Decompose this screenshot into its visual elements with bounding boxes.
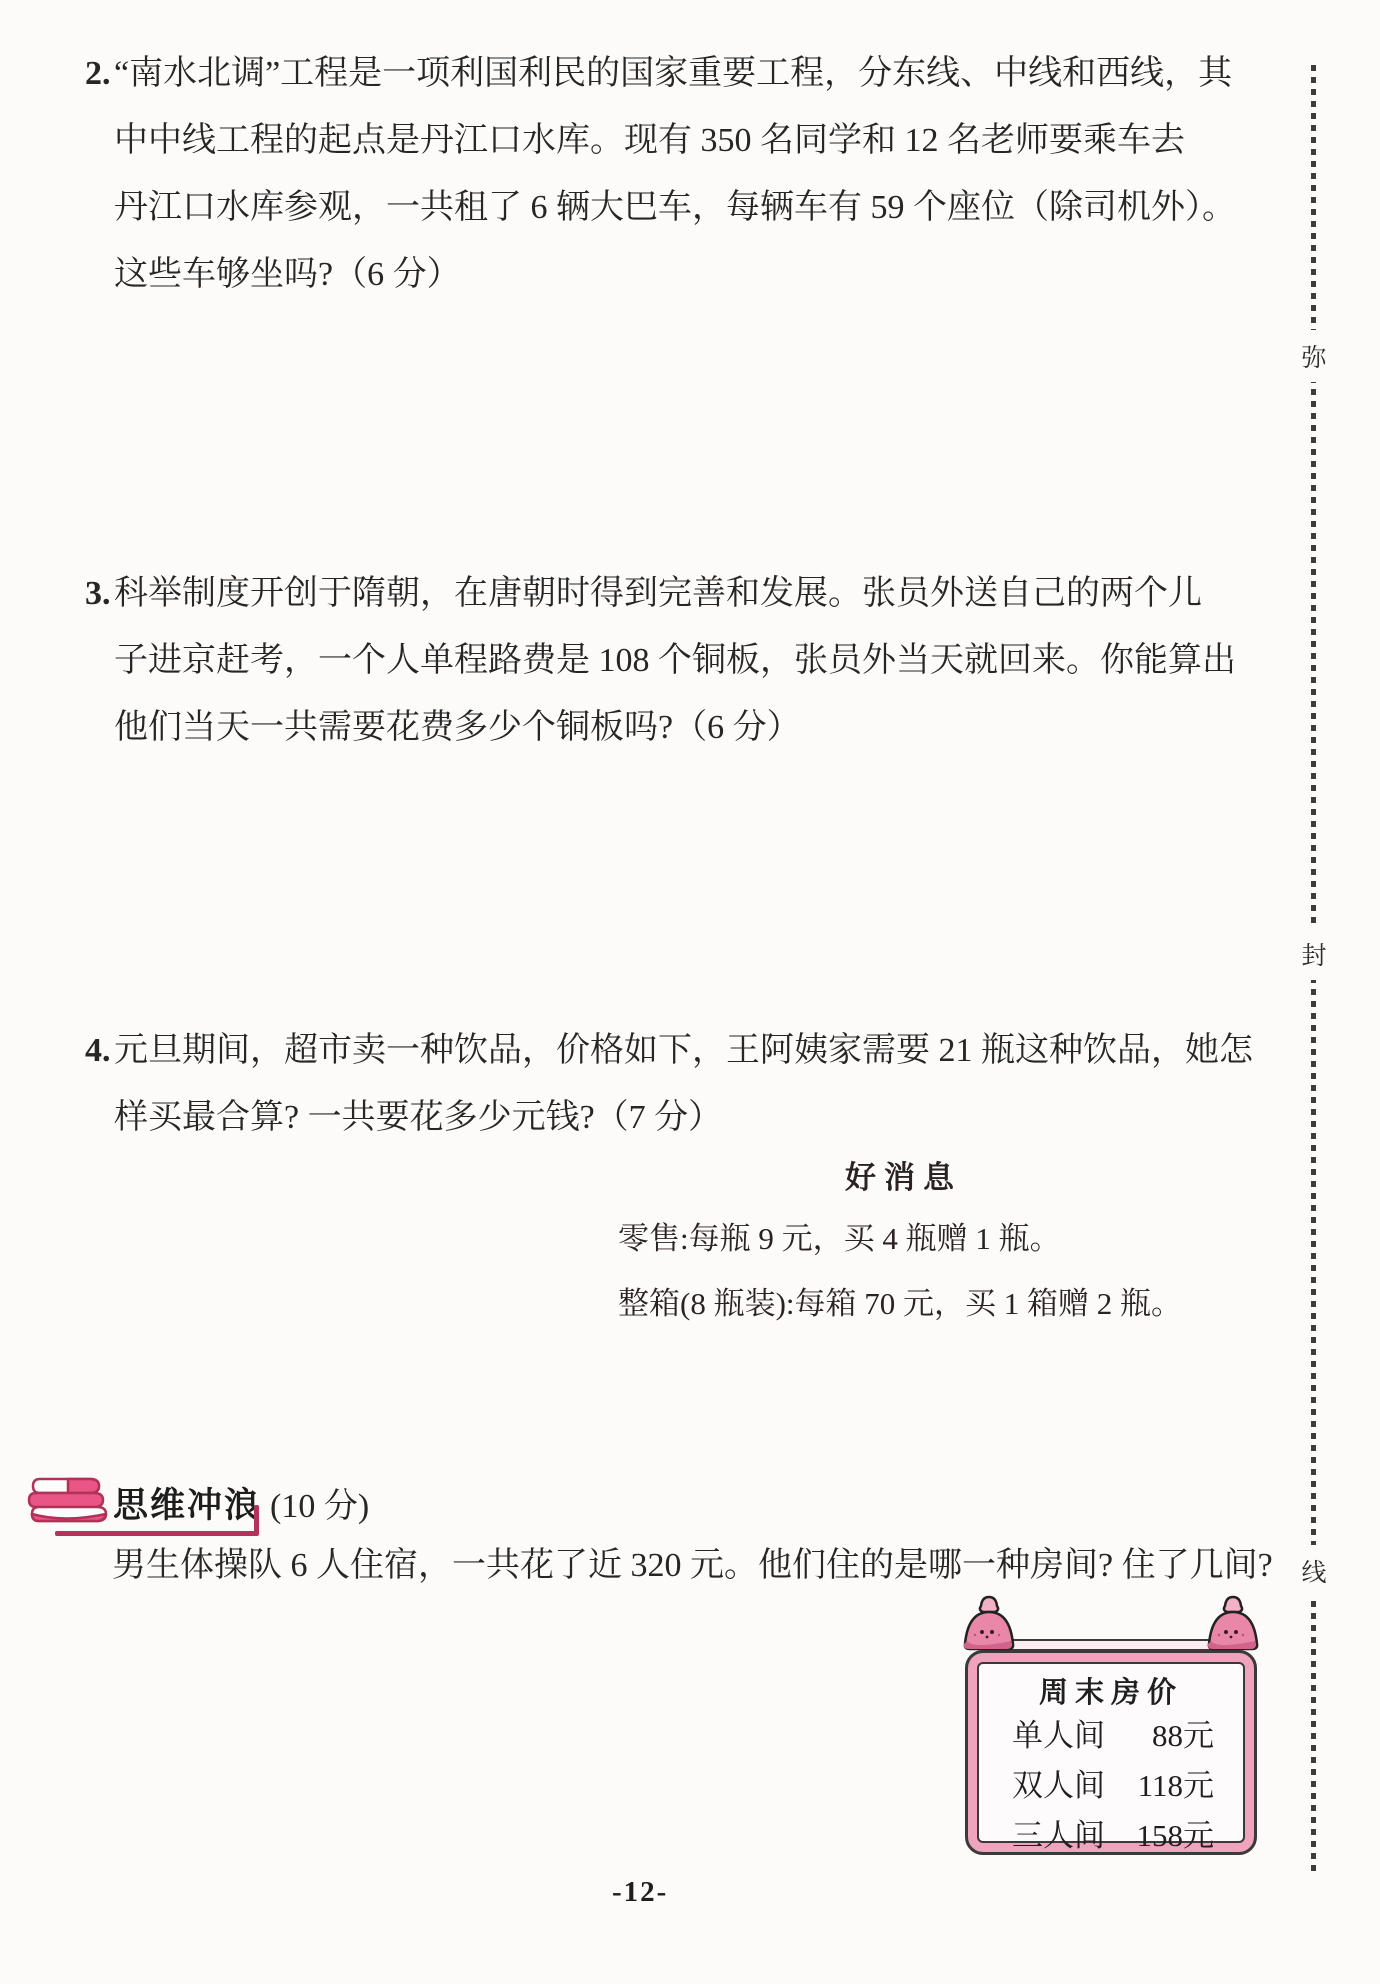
room-type-label: 单人间 bbox=[1012, 1711, 1105, 1761]
board-title: 周末房价 bbox=[982, 1670, 1240, 1711]
brainstorm-score: (10 分) bbox=[270, 1478, 369, 1527]
question-line: 这些车够坐吗?（6 分） bbox=[114, 241, 1236, 308]
price-board: 周末房价 单人间 88元 双人间 118元 三人间 158元 bbox=[965, 1595, 1261, 1861]
question-line: “南水北调”工程是一项利国利民的国家重要工程，分东线、中线和西线，其 bbox=[114, 40, 1236, 107]
question-4: 4. 元旦期间，超市卖一种饮品，价格如下，王阿姨家需要 21 瓶这种饮品，她怎 … bbox=[85, 1017, 1253, 1151]
question-line: 样买最合算? 一共要花多少元钱?（7 分） bbox=[114, 1084, 1253, 1151]
books-icon bbox=[26, 1473, 112, 1533]
pin-character-icon bbox=[1205, 1594, 1261, 1656]
seal-char-feng: 封 bbox=[1300, 928, 1328, 980]
promo-title: 好消息 bbox=[845, 1152, 962, 1197]
question-3: 3. 科举制度开创于隋朝，在唐朝时得到完善和发展。张员外送自己的两个儿 子进京赶… bbox=[85, 560, 1236, 761]
question-line: 子进京赶考，一个人单程路费是 108 个铜板，张员外当天就回来。你能算出 bbox=[114, 627, 1236, 694]
question-line: 科举制度开创于隋朝，在唐朝时得到完善和发展。张员外送自己的两个儿 bbox=[114, 560, 1236, 627]
question-line: 丹江口水库参观，一共租了 6 辆大巴车，每辆车有 59 个座位（除司机外）。 bbox=[114, 174, 1236, 241]
seal-char-mi: 弥 bbox=[1300, 330, 1328, 382]
brainstorm-underline-riser bbox=[254, 1505, 259, 1536]
seal-char-xian: 线 bbox=[1300, 1545, 1328, 1597]
brainstorm-question: 男生体操队 6 人住宿，一共花了近 320 元。他们住的是哪一种房间? 住了几间… bbox=[112, 1537, 1273, 1586]
board-frame: 周末房价 单人间 88元 双人间 118元 三人间 158元 bbox=[965, 1650, 1257, 1855]
question-line: 元旦期间，超市卖一种饮品，价格如下，王阿姨家需要 21 瓶这种饮品，她怎 bbox=[114, 1017, 1253, 1084]
question-line: 他们当天一共需要花费多少个铜板吗?（6 分） bbox=[114, 694, 1236, 761]
page-number: -12- bbox=[612, 1876, 668, 1909]
table-row: 单人间 88元 bbox=[982, 1711, 1240, 1761]
question-number: 4. bbox=[85, 1017, 111, 1084]
brainstorm-title: 思维冲浪 bbox=[113, 1478, 261, 1528]
question-2: 2. “南水北调”工程是一项利国利民的国家重要工程，分东线、中线和西线，其 中中… bbox=[85, 40, 1236, 308]
room-type-label: 双人间 bbox=[1012, 1761, 1105, 1811]
promo-line-case: 整箱(8 瓶装):每箱 70 元，买 1 箱赠 2 瓶。 bbox=[618, 1278, 1182, 1323]
room-type-label: 三人间 bbox=[1012, 1811, 1105, 1861]
room-price: 118元 bbox=[1138, 1761, 1214, 1811]
pin-character-icon bbox=[961, 1594, 1017, 1656]
promo-line-retail: 零售:每瓶 9 元，买 4 瓶赠 1 瓶。 bbox=[618, 1213, 1061, 1258]
question-number: 3. bbox=[85, 560, 111, 627]
table-row: 双人间 118元 bbox=[982, 1761, 1240, 1811]
room-price: 88元 bbox=[1152, 1711, 1214, 1761]
room-price: 158元 bbox=[1137, 1811, 1215, 1861]
question-number: 2. bbox=[85, 40, 111, 107]
brainstorm-underline bbox=[55, 1531, 258, 1536]
question-line: 中中线工程的起点是丹江口水库。现有 350 名同学和 12 名老师要乘车去 bbox=[114, 107, 1236, 174]
worksheet-page: { "questions": [ { "number": "2.", "line… bbox=[0, 0, 1380, 1984]
table-row: 三人间 158元 bbox=[982, 1811, 1240, 1861]
